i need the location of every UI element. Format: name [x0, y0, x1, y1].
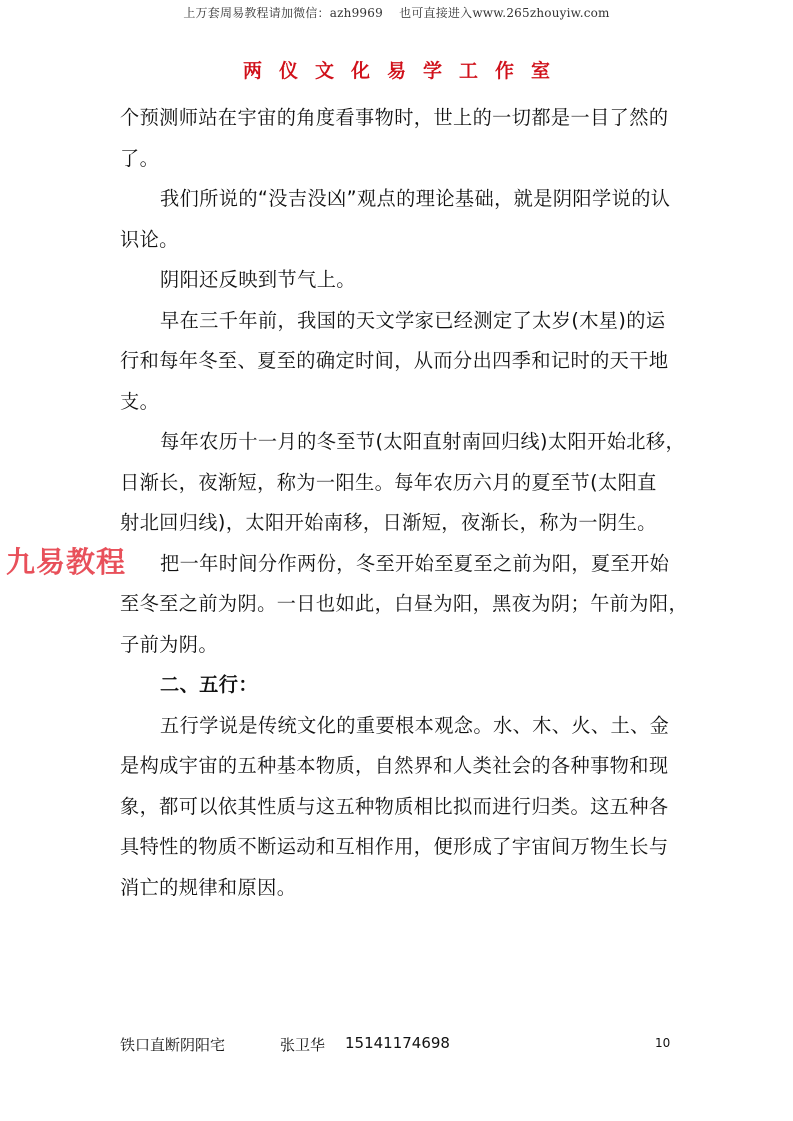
text-line: 把一年时间分作两份，冬至开始至夏至之前为阳，夏至开始 — [120, 544, 680, 585]
text-line: 支。 — [120, 382, 680, 423]
text-line: 行和每年冬至、夏至的确定时间，从而分出四季和记时的天干地 — [120, 341, 680, 382]
text-line: 阴阳还反映到节气上。 — [120, 260, 680, 301]
footer-phone: 15141174698 — [345, 1034, 450, 1052]
top-banner: 上万套周易教程请加微信：azh9969 也可直接进入www.265zhouyiw… — [0, 4, 793, 21]
text-line: 个预测师站在宇宙的角度看事物时，世上的一切都是一目了然的 — [120, 98, 680, 139]
text-line: 至冬至之前为阴。一日也如此，白昼为阳，黑夜为阴；午前为阳， — [120, 584, 680, 625]
section-heading: 二、五行： — [120, 665, 680, 706]
text-line: 具特性的物质不断运动和互相作用，便形成了宇宙间万物生长与 — [120, 827, 680, 868]
text-line: 早在三千年前，我国的天文学家已经测定了太岁(木星)的运 — [120, 301, 680, 342]
text-line: 射北回归线)，太阳开始南移，日渐短，夜渐长，称为一阴生。 — [120, 503, 680, 544]
text-line: 我们所说的“没吉没凶”观点的理论基础，就是阴阳学说的认 — [120, 179, 680, 220]
footer-author: 张卫华 — [280, 1034, 325, 1055]
footer-book-title: 铁口直断阴阳宅 — [120, 1034, 225, 1055]
text-line: 每年农历十一月的冬至节(太阳直射南回归线)太阳开始北移， — [120, 422, 680, 463]
watermark-logo: 九易教程 — [6, 540, 126, 581]
text-line: 是构成宇宙的五种基本物质，自然界和人类社会的各种事物和现 — [120, 746, 680, 787]
page-header-title: 两仪文化易学工作室 — [0, 56, 793, 83]
text-line: 消亡的规律和原因。 — [120, 868, 680, 909]
text-line: 日渐长，夜渐短，称为一阳生。每年农历六月的夏至节(太阳直 — [120, 463, 680, 504]
text-line: 子前为阴。 — [120, 625, 680, 666]
page-number: 10 — [655, 1036, 670, 1050]
document-body: 个预测师站在宇宙的角度看事物时，世上的一切都是一目了然的 了。 我们所说的“没吉… — [120, 98, 680, 908]
text-line: 象，都可以依其性质与这五种物质相比拟而进行归类。这五种各 — [120, 787, 680, 828]
text-line: 五行学说是传统文化的重要根本观念。水、木、火、土、金 — [120, 706, 680, 747]
text-line: 了。 — [120, 139, 680, 180]
text-line: 识论。 — [120, 220, 680, 261]
